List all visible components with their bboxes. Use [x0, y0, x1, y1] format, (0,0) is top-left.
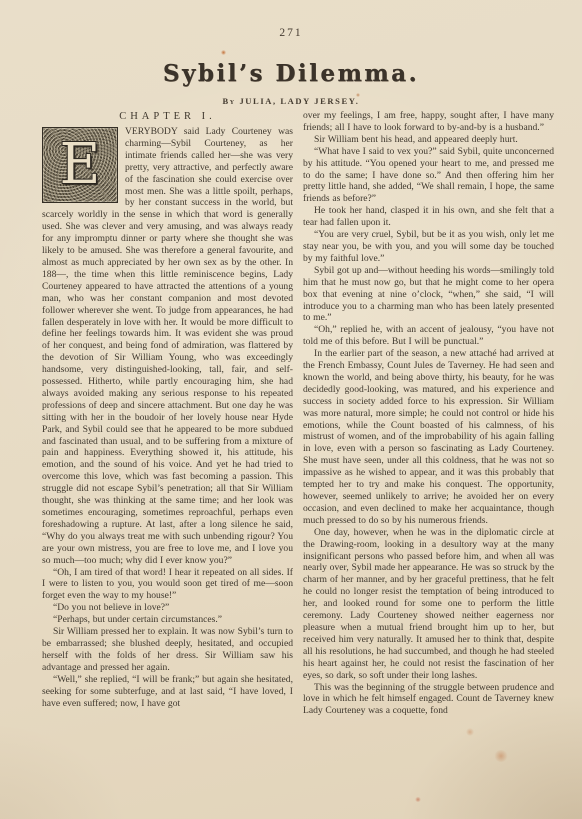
paragraph: Sir William bent his head, and appeared …: [303, 134, 554, 146]
paragraph: “You are very cruel, Sybil, but be it as…: [303, 229, 554, 265]
opening-paragraph: EVERYBODY said Lady Courteney was charmi…: [42, 126, 293, 567]
left-column: CHAPTER I. EVERYBODY said Lady Courteney…: [42, 110, 293, 794]
paragraph: He took her hand, clasped it in his own,…: [303, 205, 554, 229]
paragraph: “Oh, I am tired of that word! I hear it …: [42, 567, 293, 603]
chapter-heading: CHAPTER I.: [42, 111, 293, 122]
right-column: over my feelings, I am free, happy, soug…: [303, 110, 554, 794]
paragraph: “Well,” she replied, “I will be frank;” …: [42, 674, 293, 710]
paragraph: This was the beginning of the struggle b…: [303, 682, 554, 718]
story-title: Sybil’s Dilemma.: [0, 60, 582, 87]
paragraph: “Oh,” replied he, with an accent of jeal…: [303, 324, 554, 348]
paragraph: “Do you not believe in love?”: [42, 602, 293, 614]
paragraph: One day, however, when he was in the dip…: [303, 527, 554, 682]
paragraph: “Perhaps, but under certain circumstance…: [42, 614, 293, 626]
paragraph: Sir William pressed her to explain. It w…: [42, 626, 293, 674]
scanned-book-page: 271 Sybil’s Dilemma. By JULIA, LADY JERS…: [0, 0, 582, 819]
page-number: 271: [0, 27, 582, 39]
foxing-spot: [221, 50, 226, 55]
paragraph: In the earlier part of the season, a new…: [303, 348, 554, 527]
foxing-spot: [415, 797, 421, 802]
byline: By JULIA, LADY JERSEY.: [0, 96, 582, 106]
continuation-paragraph: over my feelings, I am free, happy, soug…: [303, 110, 554, 134]
two-column-text-block: CHAPTER I. EVERYBODY said Lady Courteney…: [42, 110, 554, 794]
paragraph: “What have I said to vex you?” said Sybi…: [303, 146, 554, 206]
drop-cap-ornament: E: [42, 127, 118, 203]
paragraph: Sybil got up and—without heeding his wor…: [303, 265, 554, 325]
drop-cap-letter: E: [60, 130, 101, 200]
